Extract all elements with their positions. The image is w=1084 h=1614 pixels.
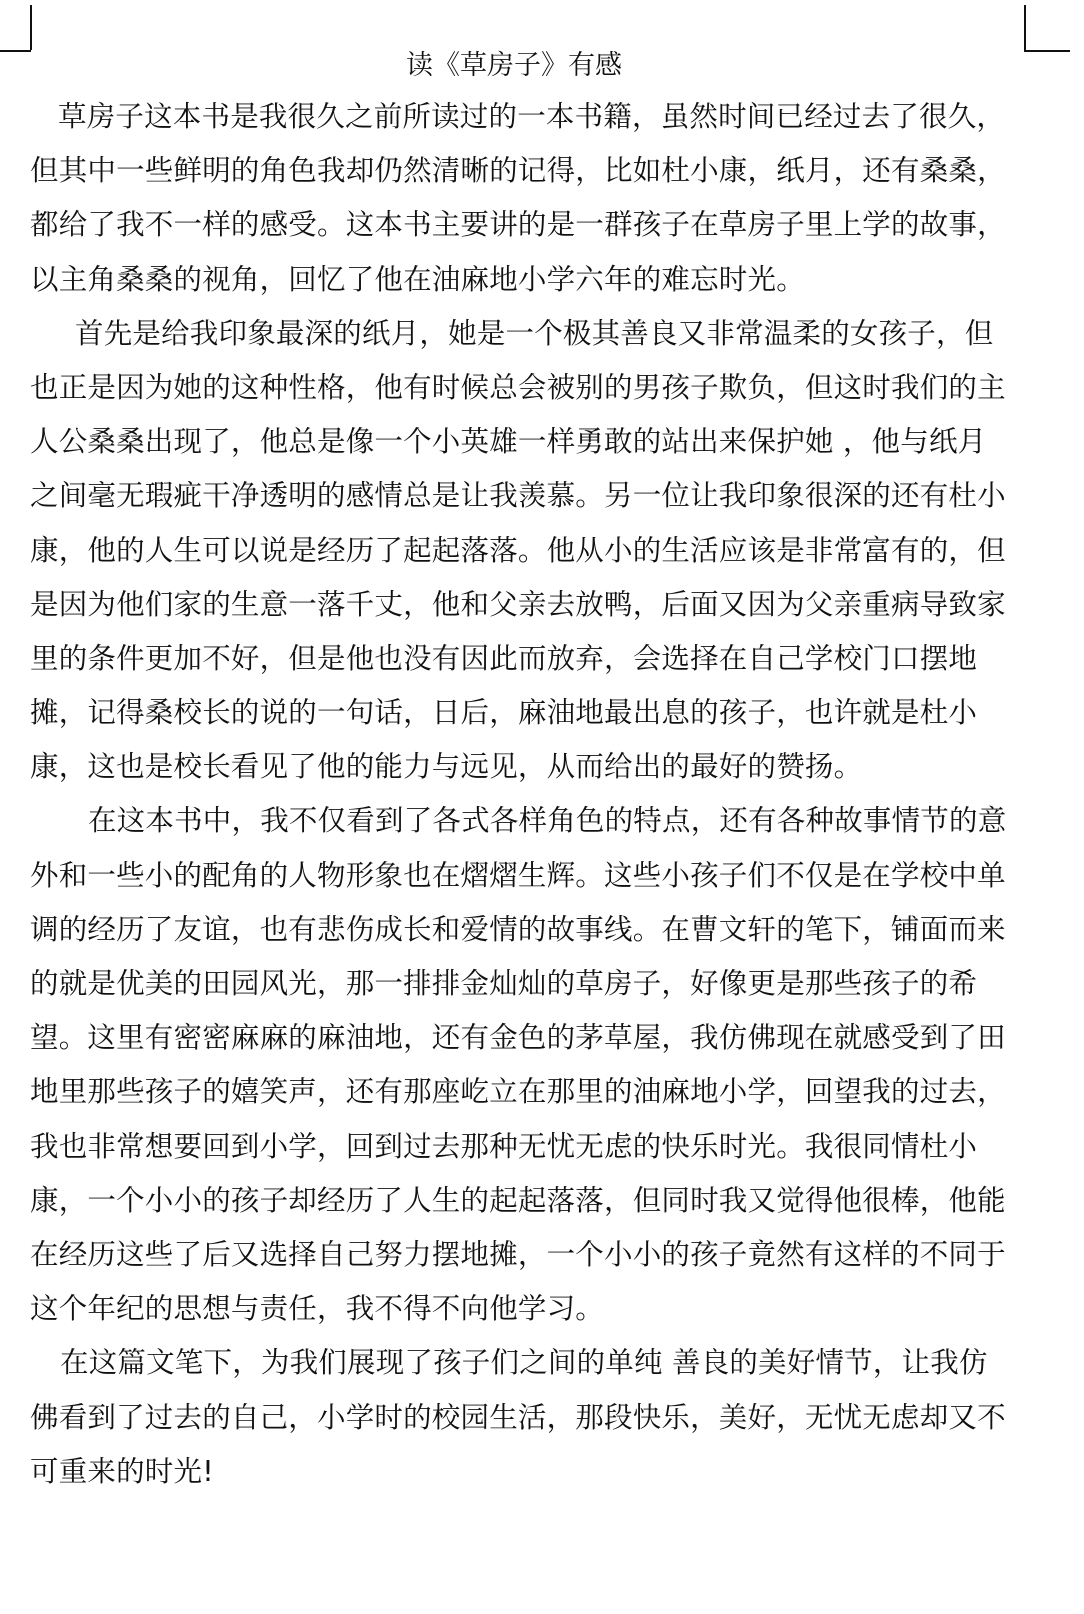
text-line: 人公桑桑出现了，他总是像一个小英雄一样勇敢的站出来保护她 ，他与纸月 [30,415,1005,469]
corner-mark-vertical [30,5,32,50]
text-line: 里的条件更加不好，但是他也没有因此而放弃，会选择在自己学校门口摆地 [30,632,1005,686]
text-line: 地里那些孩子的嬉笑声，还有那座屹立在那里的油麻地小学，回望我的过去， [30,1065,1005,1119]
text-line: 外和一些小的配角的人物形象也在熠熠生辉。这些小孩子们不仅是在学校中单 [30,849,1005,903]
corner-mark-vertical [1024,5,1026,50]
text-line: 康，一个小小的孩子却经历了人生的起起落落，但同时我又觉得他很棒，他能 [30,1174,1005,1228]
text-line: 是因为他们家的生意一落千丈，他和父亲去放鸭，后面又因为父亲重病导致家 [30,578,1005,632]
text-line: 但其中一些鲜明的角色我却仍然清晰的记得，比如杜小康，纸月，还有桑桑， [30,144,1005,198]
text-line: 在这篇文笔下，为我们展现了孩子们之间的单纯 善良的美好情节，让我仿 [30,1336,1005,1390]
document-title: 读《草房子》有感 [0,46,1028,86]
text-line: 康，这也是校长看见了他的能力与远见，从而给出的最好的赞扬。 [30,740,1005,794]
text-line: 望。这里有密密麻麻的麻油地，还有金色的茅草屋，我仿佛现在就感受到了田 [30,1011,1005,1065]
text-line: 草房子这本书是我很久之前所读过的一本书籍，虽然时间已经过去了很久， [30,90,1005,144]
document-body: 草房子这本书是我很久之前所读过的一本书籍，虽然时间已经过去了很久，但其中一些鲜明… [30,90,1005,1499]
text-line: 之间毫无瑕疵干净透明的感情总是让我羡慕。另一位让我印象很深的还有杜小 [30,469,1005,523]
text-line: 的就是优美的田园风光，那一排排金灿灿的草房子，好像更是那些孩子的希 [30,957,1005,1011]
text-line: 康，他的人生可以说是经历了起起落落。他从小的生活应该是非常富有的，但 [30,524,1005,578]
text-line: 也正是因为她的这种性格，他有时候总会被别的男孩子欺负，但这时我们的主 [30,361,1005,415]
text-line: 摊，记得桑校长的说的一句话，日后，麻油地最出息的孩子，也许就是杜小 [30,686,1005,740]
text-line: 以主角桑桑的视角，回忆了他在油麻地小学六年的难忘时光。 [30,253,1005,307]
text-line: 可重来的时光! [30,1445,1005,1499]
text-line: 调的经历了友谊，也有悲伤成长和爱情的故事线。在曹文轩的笔下，铺面而来 [30,903,1005,957]
text-line: 佛看到了过去的自己，小学时的校园生活，那段快乐，美好，无忧无虑却又不 [30,1391,1005,1445]
text-line: 在这本书中，我不仅看到了各式各样角色的特点，还有各种故事情节的意 [30,794,1005,848]
corner-mark-horizontal [1024,50,1070,52]
text-line: 首先是给我印象最深的纸月，她是一个极其善良又非常温柔的女孩子，但 [30,307,1005,361]
text-line: 我也非常想要回到小学，回到过去那种无忧无虑的快乐时光。我很同情杜小 [30,1120,1005,1174]
text-line: 这个年纪的思想与责任，我不得不向他学习。 [30,1282,1005,1336]
text-line: 在经历这些了后又选择自己努力摆地摊，一个小小的孩子竟然有这样的不同于 [30,1228,1005,1282]
text-line: 都给了我不一样的感受。这本书主要讲的是一群孩子在草房子里上学的故事， [30,198,1005,252]
